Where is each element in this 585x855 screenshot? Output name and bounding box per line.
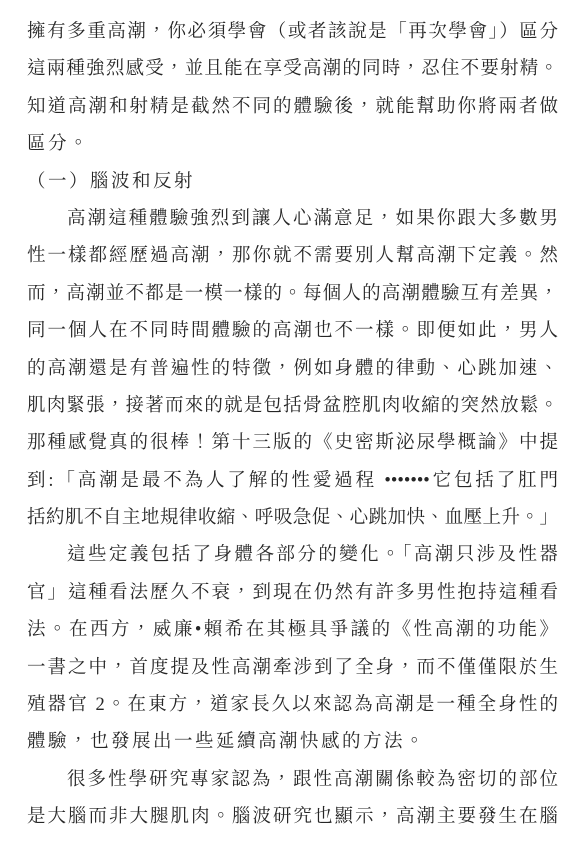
text-line: 性一樣都經歷過高潮，那你就不需要別人幫高潮下定義。然: [27, 238, 558, 275]
text-line: 的高潮還是有普遍性的特徵，例如身體的律動、心跳加速、: [27, 351, 558, 388]
text-line: 括約肌不自主地規律收縮、呼吸急促、心跳加快、血壓上升。」: [27, 500, 558, 537]
book-page: 擁有多重高潮，你必須學會（或者該說是「再次學會」）區分這兩種強烈感受，並且能在享…: [0, 0, 585, 855]
text-line: 知道高潮和射精是截然不同的體驗後，就能幫助你將兩者做: [27, 89, 558, 126]
section-heading: （一）腦波和反射: [27, 164, 558, 201]
text-line: 而，高潮並不都是一模一樣的。每個人的高潮體驗互有差異，: [27, 276, 558, 313]
text-line: 這兩種強烈感受，並且能在享受高潮的同時，忍住不要射精。: [27, 51, 558, 88]
text-line: 體驗，也發展出一些延續高潮快感的方法。: [27, 724, 558, 761]
text-line: 一書之中，首度提及性高潮牽涉到了全身，而不僅僅限於生: [27, 650, 558, 687]
text-line: 同一個人在不同時間體驗的高潮也不一樣。即便如此，男人: [27, 313, 558, 350]
text-line: 法。在西方，威廉•賴希在其極具爭議的《性高潮的功能》: [27, 612, 558, 649]
text-line: 很多性學研究專家認為，跟性高潮關係較為密切的部位: [27, 762, 558, 799]
text-line: 殖器官 2。在東方，道家長久以來認為高潮是一種全身性的: [27, 687, 558, 724]
text-line: 那種感覺真的很棒！第十三版的《史密斯泌尿學概論》中提: [27, 425, 558, 462]
text-line: 擁有多重高潮，你必須學會（或者該說是「再次學會」）區分: [27, 14, 558, 51]
text-line: 高潮這種體驗強烈到讓人心滿意足，如果你跟大多數男: [27, 201, 558, 238]
text-line: 到:「高潮是最不為人了解的性愛過程 •••••••它包括了肛門: [27, 463, 558, 500]
text-column: 擁有多重高潮，你必須學會（或者該說是「再次學會」）區分這兩種強烈感受，並且能在享…: [0, 0, 585, 837]
text-line: 官」這種看法歷久不衰，到現在仍然有許多男性抱持這種看: [27, 575, 558, 612]
text-line: 區分。: [27, 126, 558, 163]
text-line: 肌肉緊張，接著而來的就是包括骨盆腔肌肉收縮的突然放鬆。: [27, 388, 558, 425]
text-line: 是大腦而非大腿肌肉。腦波研究也顯示，高潮主要發生在腦: [27, 799, 558, 836]
text-line: 這些定義包括了身體各部分的變化。「高潮只涉及性器: [27, 537, 558, 574]
